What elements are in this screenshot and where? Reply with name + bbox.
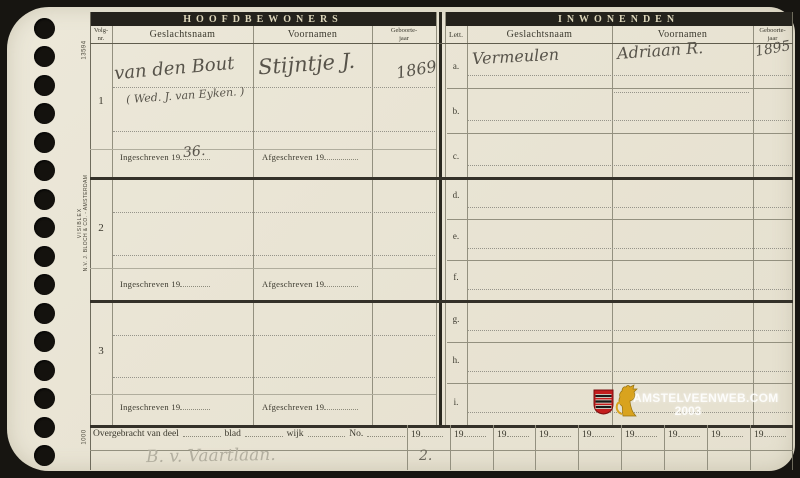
letter-row-divider <box>447 88 792 89</box>
column-header-geslachtsnaam-right: Geslachtsnaam <box>467 29 612 40</box>
letter-label: i. <box>446 397 466 407</box>
year-cell: 19 <box>539 429 580 440</box>
writing-line <box>468 248 791 249</box>
letter-row-divider <box>447 219 792 220</box>
writing-line <box>113 335 435 336</box>
writing-line <box>468 207 791 208</box>
handwritten-ingeschreven-year: 36. <box>182 143 206 161</box>
letter-label: b. <box>446 106 466 116</box>
year-cell: 19 <box>711 429 752 440</box>
letter-label: f. <box>446 272 466 282</box>
column-header-geslachtsnaam-left: Geslachtsnaam <box>112 29 253 40</box>
year-cell: 19 <box>668 429 709 440</box>
serial-number-top: 13594 <box>82 40 88 59</box>
punch-hole <box>34 103 55 124</box>
transfer-row: Overgebracht van deel blad wijk No. <box>93 429 405 439</box>
section-title-hoofdbewoners: HOOFDBEWONERS <box>90 12 436 26</box>
punch-hole <box>34 445 55 466</box>
block-divider <box>90 425 793 428</box>
row-number: 2 <box>91 222 111 234</box>
table-border-left <box>90 12 91 470</box>
letter-label: a. <box>446 61 466 71</box>
year-cell: 19 <box>625 429 666 440</box>
letter-label: g. <box>446 314 466 324</box>
ingeschreven-label: Ingeschreven 19 <box>120 402 210 412</box>
ingeschreven-label: Ingeschreven 19 <box>120 279 210 289</box>
column-header-voornamen-left: Voornamen <box>253 29 372 40</box>
punch-hole <box>34 75 55 96</box>
writing-line <box>468 371 791 372</box>
row-number: 1 <box>91 95 111 107</box>
serial-number-bottom: 1000 <box>82 429 88 444</box>
year-cell: 19 <box>497 429 538 440</box>
punch-hole <box>34 417 55 438</box>
block-divider <box>90 300 793 303</box>
year-cell: 19 <box>754 429 795 440</box>
column-header-volgnr: Volg-nr. <box>90 27 112 42</box>
writing-line <box>113 87 435 88</box>
punch-hole <box>34 360 55 381</box>
writing-line <box>113 131 435 132</box>
row-divider <box>90 268 436 269</box>
writing-line <box>113 377 435 378</box>
year-cell-divider <box>407 425 408 470</box>
column-divider <box>112 26 113 425</box>
punch-hole <box>34 331 55 352</box>
letter-label: c. <box>446 151 466 161</box>
printer-name: N.V. J. BLOCH & CO. - AMSTERDAM <box>83 150 89 296</box>
afgeschreven-label: Afgeschreven 19 <box>262 152 358 162</box>
letter-label: h. <box>446 355 466 365</box>
writing-line <box>468 165 791 166</box>
afgeschreven-label: Afgeschreven 19 <box>262 402 358 412</box>
watermark-year: 2003 <box>633 404 743 418</box>
letter-row-divider <box>447 342 792 343</box>
afgeschreven-label: Afgeschreven 19 <box>262 279 358 289</box>
writing-line <box>468 75 791 76</box>
amstelveen-shield-icon <box>593 389 614 415</box>
year-cell: 19 <box>582 429 623 440</box>
block-divider <box>90 177 793 180</box>
handwritten-street: B. v. Vaartlaan. <box>146 445 276 467</box>
center-divider-thick <box>439 12 442 425</box>
writing-line <box>468 120 791 121</box>
handwritten-house-number: 2. <box>419 448 432 464</box>
letter-label: d. <box>446 190 466 200</box>
column-divider <box>467 26 468 425</box>
writing-line <box>614 92 749 93</box>
letter-label: e. <box>446 231 466 241</box>
watermark-site: AMSTELVEENWEB.COM <box>633 391 779 405</box>
section-title-inwonenden: INWONENDEN <box>445 12 792 26</box>
row-number: 3 <box>91 345 111 357</box>
table-border-right <box>792 12 793 470</box>
writing-line <box>468 289 791 290</box>
letter-row-divider <box>447 133 792 134</box>
punch-hole <box>34 388 55 409</box>
column-divider <box>612 26 613 425</box>
writing-line <box>468 330 791 331</box>
writing-line <box>113 212 435 213</box>
punch-hole <box>34 303 55 324</box>
row-divider <box>90 394 436 395</box>
column-divider <box>372 26 373 425</box>
row-divider <box>90 149 436 150</box>
column-header-geboortejaar-left: Geboorte-jaar <box>372 27 436 42</box>
letter-row-divider <box>447 260 792 261</box>
scanned-register-card-page: 13594 VISIBLEX N.V. J. BLOCH & CO. - AMS… <box>0 0 800 478</box>
punch-hole <box>34 18 55 39</box>
year-cell: 19 <box>411 429 452 440</box>
writing-line <box>113 255 435 256</box>
column-divider <box>253 26 254 425</box>
year-cell: 19 <box>454 429 495 440</box>
column-header-lett: Lett. <box>445 30 467 39</box>
column-divider <box>753 26 754 425</box>
punch-hole <box>34 46 55 67</box>
